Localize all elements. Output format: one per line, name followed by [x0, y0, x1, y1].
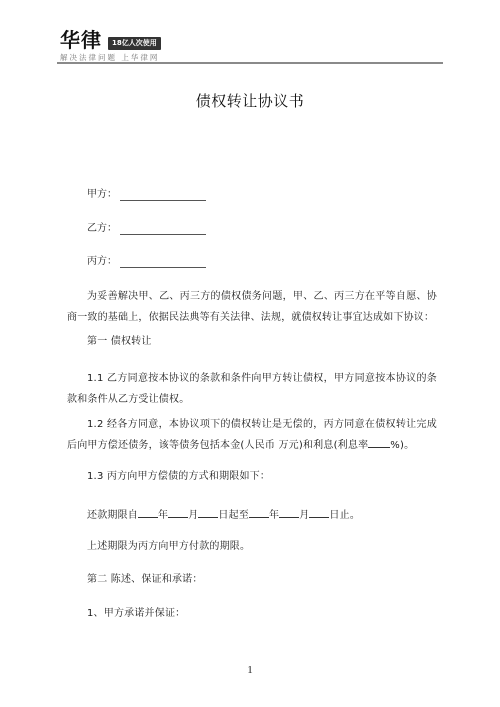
- clause-1-2: 1.2 经各方同意，本协议项下的债权转让是无偿的，丙方同意在债权转让完成后向甲方…: [67, 414, 437, 456]
- usage-badge: 18亿人次使用: [108, 37, 161, 50]
- brand-name: 华律: [60, 29, 102, 51]
- clause-1-3: 1.3 丙方向甲方偿债的方式和期限如下：: [87, 471, 270, 483]
- end-year-blank: [249, 508, 269, 518]
- party-b-line: 乙方：: [87, 223, 206, 235]
- brand-logo: 华律 18亿人次使用: [60, 29, 161, 51]
- party-b-blank: [120, 225, 206, 235]
- party-c-label: 丙方：: [87, 256, 117, 268]
- section-2-item-1: 1、甲方承诺并保证：: [87, 608, 185, 620]
- document-title: 债权转让协议书: [0, 92, 500, 110]
- clause-1-1: 1.1 乙方同意按本协议的条款和条件向甲方转让债权，甲方同意按本协议的条款和条件…: [67, 368, 437, 410]
- end-month-blank: [279, 508, 299, 518]
- day-to-label: 日起至: [218, 510, 249, 521]
- start-year-blank: [138, 508, 158, 518]
- repayment-from-label: 还款期限自: [87, 510, 138, 521]
- intro-paragraph: 为妥善解决甲、乙、丙三方的债权债务问题，甲、乙、丙三方在平等自愿、协商一致的基础…: [67, 286, 437, 328]
- party-c-line: 丙方：: [87, 256, 206, 268]
- party-c-blank: [120, 258, 206, 268]
- end-day-blank: [309, 508, 329, 518]
- period-note: 上述期限为丙方向甲方付款的期限。: [87, 541, 250, 553]
- day-end-label: 日止。: [329, 510, 360, 521]
- section-1-heading: 第一 债权转让: [87, 336, 152, 348]
- party-a-line: 甲方：: [87, 189, 206, 201]
- month-label: 月: [299, 510, 309, 521]
- interest-rate-blank: [368, 438, 390, 448]
- year-label: 年: [269, 510, 279, 521]
- start-day-blank: [198, 508, 218, 518]
- page-number: 1: [0, 664, 500, 676]
- start-month-blank: [168, 508, 188, 518]
- brand-tagline: 解决法律问题 上华律网: [60, 53, 159, 62]
- party-b-label: 乙方：: [87, 223, 117, 235]
- party-a-label: 甲方：: [87, 189, 117, 201]
- site-header: 华律 18亿人次使用 解决法律问题 上华律网: [57, 26, 443, 66]
- month-label: 月: [188, 510, 198, 521]
- header-divider: [57, 62, 443, 64]
- party-a-blank: [120, 191, 206, 201]
- repayment-period-line: 还款期限自年月日起至年月日止。: [87, 508, 360, 522]
- section-2-heading: 第二 陈述、保证和承诺：: [87, 574, 203, 586]
- year-label: 年: [158, 510, 168, 521]
- clause-1-2-end: %)。: [390, 440, 414, 451]
